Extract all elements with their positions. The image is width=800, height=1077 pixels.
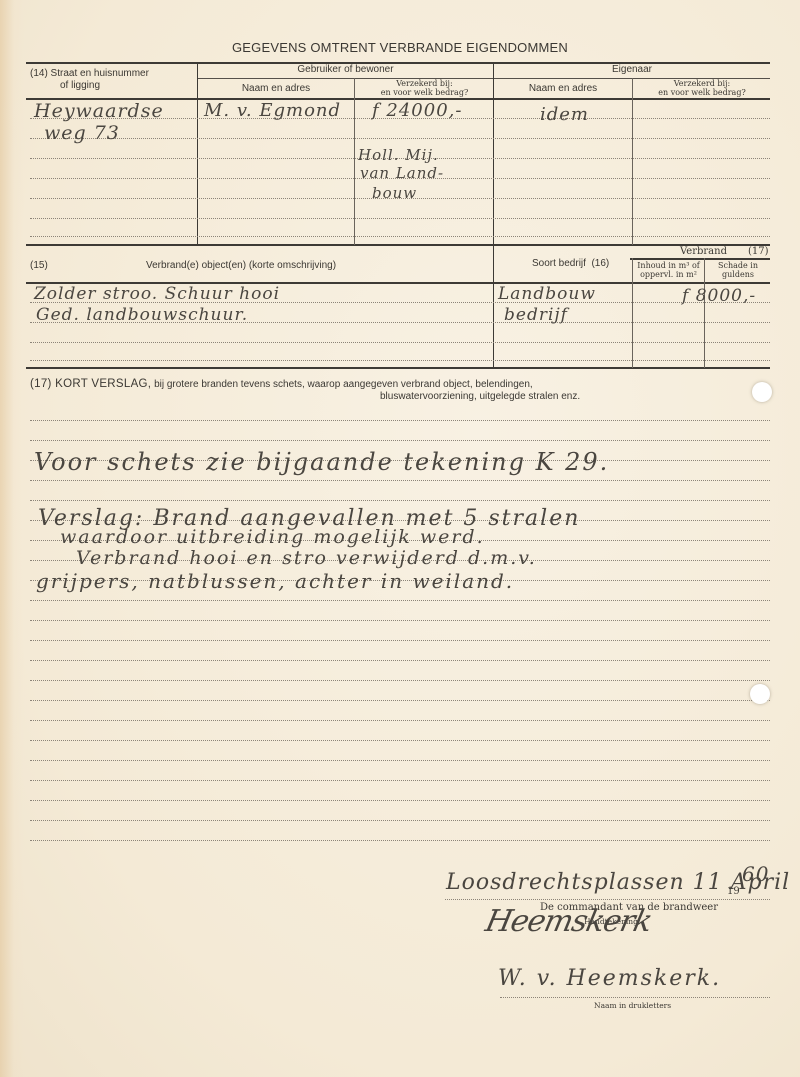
user-insured-header-line1: Verzekerd bij: — [356, 79, 493, 88]
report-ruled-line — [30, 600, 770, 601]
report-ruled-line — [30, 480, 770, 481]
table2-ruled-line — [30, 360, 770, 361]
report-ruled-line — [30, 740, 770, 741]
burned-group-divider — [630, 258, 770, 260]
printed-name-label: Naam in drukletters — [594, 1001, 671, 1010]
report-text-line3: waardoor uitbreiding mogelijk werd. — [60, 526, 485, 548]
report-ruled-line — [30, 440, 770, 441]
address-header-line1: (14) Straat en huisnummer — [30, 68, 196, 80]
table2-bottom-border — [26, 367, 770, 369]
table1-ruled-line — [30, 138, 770, 139]
year-suffix-entry: 60 — [742, 862, 769, 886]
volume-column-header: Inhoud in m³ of oppervl. in m² — [633, 261, 704, 279]
table1-col-divider-4 — [632, 78, 633, 245]
report-ruled-line — [30, 660, 770, 661]
report-ruled-line — [30, 640, 770, 641]
volume-header-line2: oppervl. in m² — [633, 270, 704, 279]
owner-group-header: Eigenaar — [494, 64, 770, 75]
address-entry-line2: weg 73 — [44, 122, 120, 144]
user-insured-header-line2: en voor welk bedrag? — [356, 88, 493, 97]
address-header-line2: of ligging — [30, 80, 196, 92]
report-ruled-line — [30, 780, 770, 781]
report-ruled-line — [30, 800, 770, 801]
place-date-line — [445, 899, 770, 900]
punch-hole-top — [752, 382, 772, 402]
volume-header-line1: Inhoud in m³ of — [633, 261, 704, 270]
report-ruled-line — [30, 720, 770, 721]
commander-signature: Heemskerk — [482, 904, 654, 939]
report-text-line4: Verbrand hooi en stro verwijderd d.m.v. — [76, 547, 537, 569]
damage-header-line1: Schade in — [706, 261, 770, 270]
object-entry-line2: Ged. landbouwschuur. — [36, 305, 248, 325]
table2-ruled-line — [30, 342, 770, 343]
user-insured-header: Verzekerd bij: en voor welk bedrag? — [356, 79, 493, 97]
table1-ruled-line — [30, 218, 770, 219]
business-column-header: Soort bedrijf (16) — [532, 258, 609, 269]
year-prefix: 19 — [727, 886, 740, 897]
report-header-rest: bij grotere branden tevens schets, waaro… — [151, 379, 532, 390]
printed-name-entry: W. v. Heemskerk. — [498, 966, 721, 991]
report-ruled-line — [30, 760, 770, 761]
printed-name-line — [500, 997, 770, 998]
owner-name-entry: idem — [540, 104, 589, 125]
object-number-label: (15) — [30, 260, 48, 271]
damage-entry: f 8000,- — [682, 286, 756, 306]
report-ruled-line — [30, 420, 770, 421]
report-header-bold: (17) KORT VERSLAG, — [30, 378, 151, 390]
address-column-header: (14) Straat en huisnummer of ligging — [30, 68, 196, 92]
business-entry-line1: Landbouw — [498, 284, 596, 304]
form-title: GEGEVENS OMTRENT VERBRANDE EIGENDOMMEN — [0, 40, 800, 55]
report-ruled-line — [30, 820, 770, 821]
user-name-header: Naam en adres — [198, 83, 354, 94]
report-header-line1: (17) KORT VERSLAG, bij grotere branden t… — [30, 378, 533, 390]
object-entry-line1: Zolder stroo. Schuur hooi — [34, 284, 280, 304]
burned-group-header: Verbrand — [680, 246, 727, 257]
report-header-line2: bluswatervoorziening, uitgelegde stralen… — [380, 391, 580, 402]
user-insurer-line1: Holl. Mij. — [358, 146, 439, 164]
table2-col-divider-3 — [704, 258, 705, 368]
table1-ruled-line — [30, 236, 770, 237]
report-ruled-line — [30, 840, 770, 841]
punch-hole-bottom — [750, 684, 770, 704]
damage-column-header: Schade in guldens — [706, 261, 770, 279]
table1-col-divider-2 — [354, 78, 355, 245]
user-insurer-line2: van Land- — [360, 164, 444, 182]
object-column-header: Verbrand(e) object(en) (korte omschrijvi… — [146, 260, 336, 271]
report-text-line5: grijpers, natblussen, achter in weiland. — [36, 569, 514, 593]
owner-insured-header-line2: en voor welk bedrag? — [634, 88, 770, 97]
address-entry-line1: Heywaardse — [34, 100, 164, 122]
user-name-entry: M. v. Egmond — [204, 100, 341, 121]
owner-insured-header: Verzekerd bij: en voor welk bedrag? — [634, 79, 770, 97]
report-ruled-line — [30, 500, 770, 501]
report-ruled-line — [30, 680, 770, 681]
report-ruled-line — [30, 620, 770, 621]
user-group-header: Gebruiker of bewoner — [198, 64, 493, 75]
owner-insured-header-line1: Verzekerd bij: — [634, 79, 770, 88]
damage-header-line2: guldens — [706, 270, 770, 279]
table2-col-divider-1 — [493, 244, 494, 368]
burned-group-number: (17) — [748, 246, 769, 257]
user-insured-amount-entry: f 24000,- — [372, 100, 462, 121]
report-ruled-line — [30, 700, 770, 701]
report-text-line1: Voor schets zie bijgaande tekening K 29. — [34, 448, 609, 476]
business-entry-line2: bedrijf — [504, 305, 568, 325]
owner-name-header: Naam en adres — [494, 83, 632, 94]
user-insurer-line3: bouw — [372, 184, 417, 202]
table1-bottom-border — [26, 244, 770, 246]
